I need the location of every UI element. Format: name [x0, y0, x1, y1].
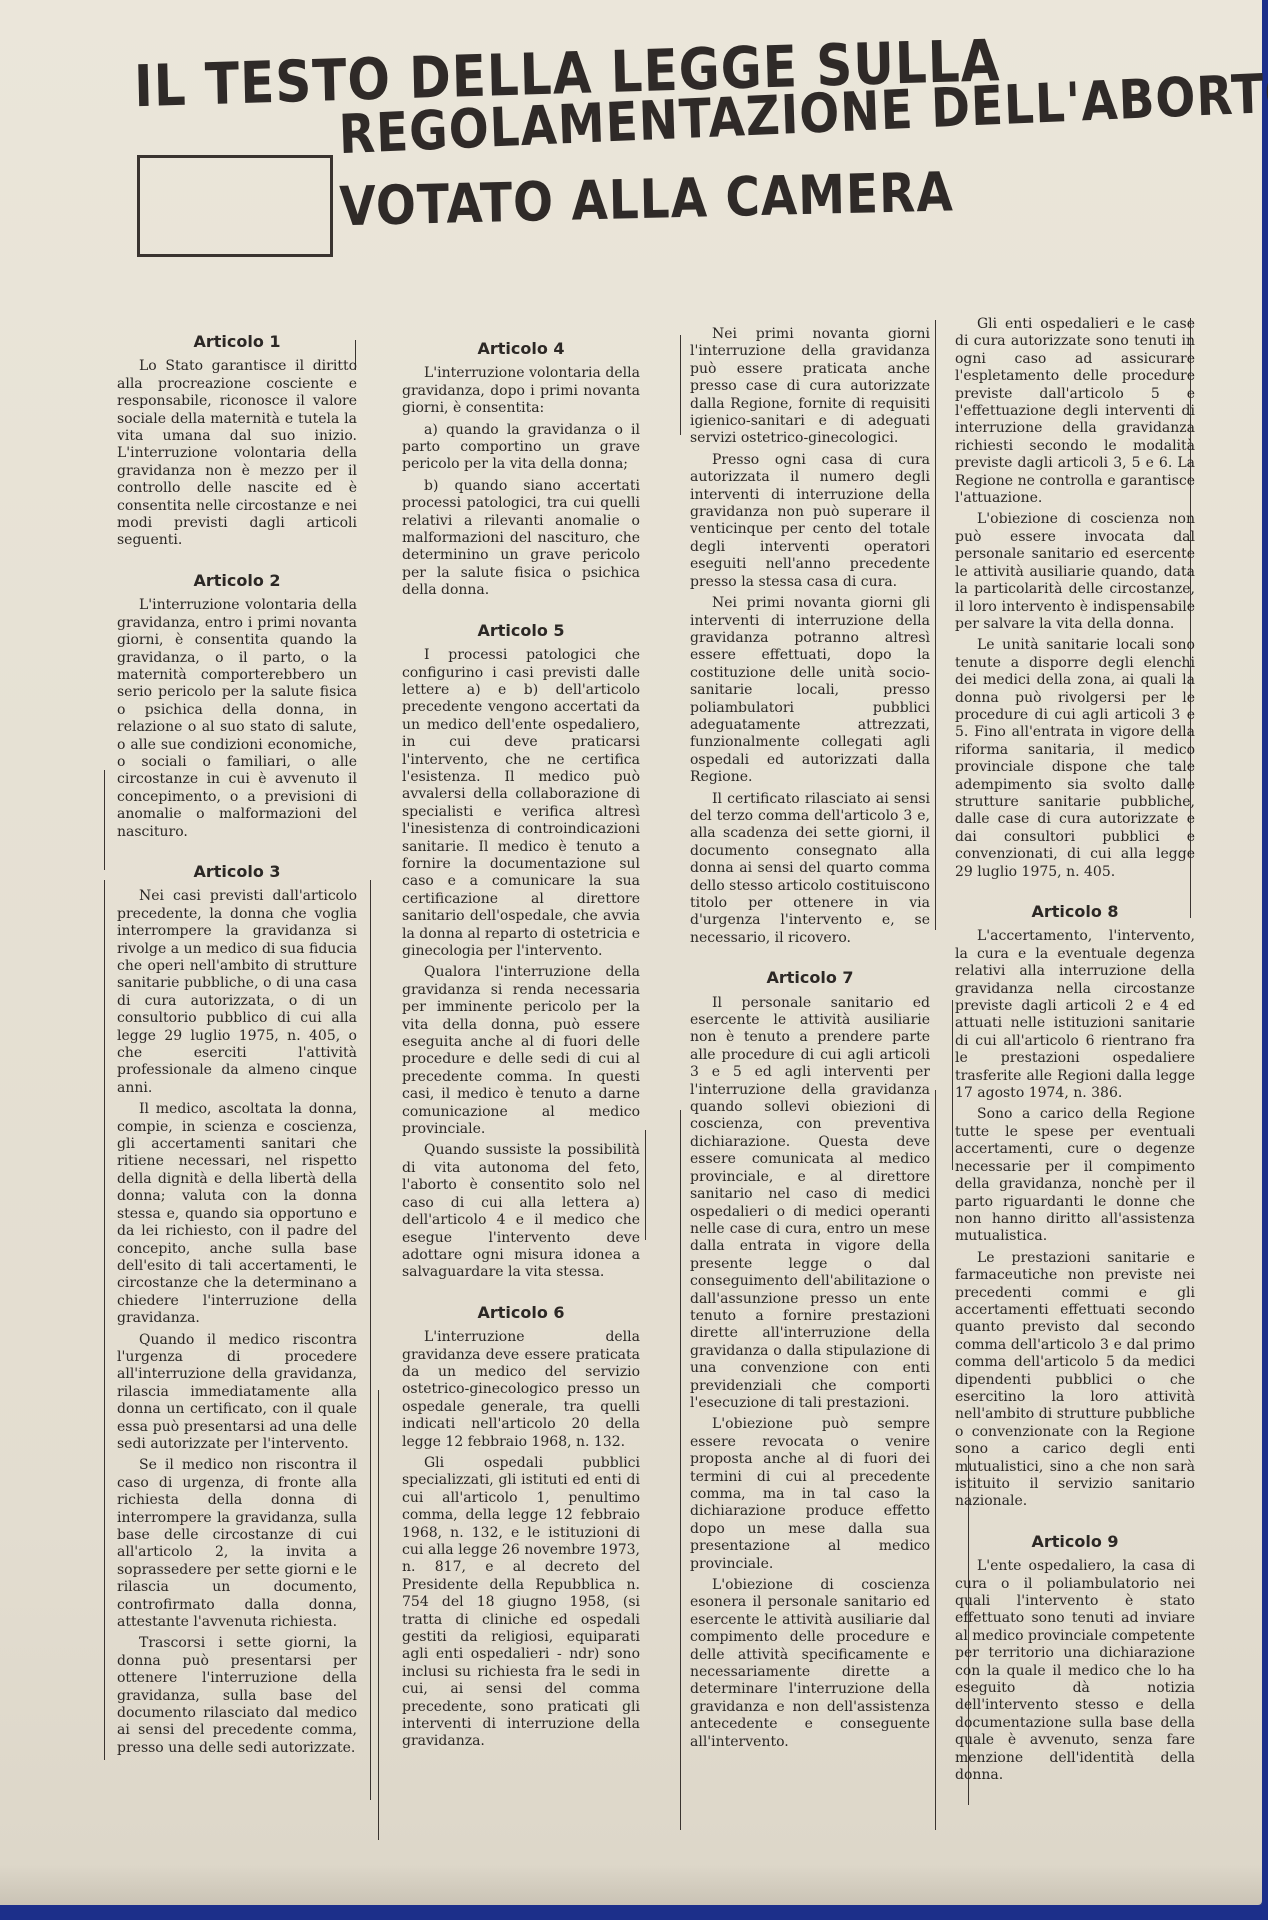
article-paragraph: I processi patologici che configurino i … — [402, 647, 640, 960]
article-paragraph: Nei casi previsti dall'articolo preceden… — [117, 888, 357, 1097]
column-4: Gli enti ospedalieri e le case di cura a… — [955, 316, 1195, 1807]
article-paragraph: L'interruzione volontaria della gravidan… — [117, 597, 357, 841]
article-paragraph: Quando il medico riscontra l'urgenza di … — [117, 1332, 357, 1454]
article-6-continued: Nei primi novanta giorni l'interruzione … — [690, 326, 930, 947]
column-rule — [952, 1000, 953, 1170]
article-2: Articolo 2 L'interruzione volontaria del… — [117, 572, 357, 841]
column-rule — [935, 1090, 936, 1830]
article-paragraph: Gli enti ospedalieri e le case di cura a… — [955, 316, 1195, 507]
article-paragraph: Il personale sanitario ed esercente le a… — [690, 995, 930, 1413]
article-7: Articolo 7 Il personale sanitario ed ese… — [690, 969, 930, 1751]
article-8: Articolo 8 L'accertamento, l'intervento,… — [955, 903, 1195, 1511]
article-paragraph: Lo Stato garantisce il diritto alla proc… — [117, 358, 357, 549]
column-rule — [104, 880, 105, 1760]
article-1: Articolo 1 Lo Stato garantisce il diritt… — [117, 333, 357, 550]
column-rule — [370, 880, 371, 1800]
article-paragraph: L'accertamento, l'intervento, la cura e … — [955, 928, 1195, 1102]
article-clause-a: a) quando la gravidanza o il parto compo… — [402, 422, 640, 474]
article-paragraph: Se il medico non riscontra il caso di ur… — [117, 1457, 357, 1631]
article-heading: Articolo 3 — [117, 863, 357, 880]
article-paragraph: L'obiezione può sempre essere revocata o… — [690, 1416, 930, 1573]
column-rule — [378, 1390, 379, 1840]
article-heading: Articolo 8 — [955, 903, 1195, 920]
article-7-continued: Gli enti ospedalieri e le case di cura a… — [955, 316, 1195, 881]
article-3: Articolo 3 Nei casi previsti dall'artico… — [117, 863, 357, 1757]
article-heading: Articolo 4 — [402, 340, 640, 357]
article-6: Articolo 6 L'interruzione della gravidan… — [402, 1304, 640, 1751]
article-9: Articolo 9 L'ente ospedaliero, la casa d… — [955, 1533, 1195, 1785]
article-paragraph: L'obiezione di coscienza non può essere … — [955, 511, 1195, 633]
column-3: Nei primi novanta giorni l'interruzione … — [690, 326, 930, 1773]
newspaper-page: IL TESTO DELLA LEGGE SULLA REGOLAMENTAZI… — [0, 0, 1262, 1905]
article-paragraph: Il medico, ascoltata la donna, compie, i… — [117, 1101, 357, 1327]
article-paragraph: L'ente ospedaliero, la casa di cura o il… — [955, 1558, 1195, 1784]
column-rule — [935, 320, 936, 930]
article-paragraph: Trascorsi i sette giorni, la donna può p… — [117, 1635, 357, 1757]
column-rule — [680, 335, 681, 435]
headline-line-3: VOTATO ALLA CAMERA — [339, 161, 954, 239]
article-paragraph: Qualora l'interruzione della gravidanza … — [402, 964, 640, 1138]
article-paragraph: L'interruzione della gravidanza deve ess… — [402, 1329, 640, 1451]
article-paragraph: Presso ogni casa di cura autorizzata il … — [690, 452, 930, 591]
article-heading: Articolo 6 — [402, 1304, 640, 1321]
article-paragraph: L'interruzione volontaria della gravidan… — [402, 365, 640, 417]
article-clause-b: b) quando siano accertati processi patol… — [402, 478, 640, 600]
column-rule — [104, 770, 105, 870]
article-heading: Articolo 7 — [690, 969, 930, 986]
article-paragraph: Le unità sanitarie locali sono tenute a … — [955, 637, 1195, 881]
empty-title-box — [137, 155, 333, 257]
column-rule — [680, 1110, 681, 1830]
article-heading: Articolo 9 — [955, 1533, 1195, 1550]
article-paragraph: Gli ospedali pubblici specializzati, gli… — [402, 1455, 640, 1751]
article-5: Articolo 5 I processi patologici che con… — [402, 622, 640, 1282]
article-paragraph: Nei primi novanta giorni gli interventi … — [690, 595, 930, 786]
column-rule — [645, 1130, 646, 1240]
article-paragraph: L'obiezione di coscienza esonera il pers… — [690, 1577, 930, 1751]
article-heading: Articolo 1 — [117, 333, 357, 350]
article-4: Articolo 4 L'interruzione volontaria del… — [402, 340, 640, 600]
column-2: Articolo 4 L'interruzione volontaria del… — [402, 340, 640, 1773]
article-heading: Articolo 2 — [117, 572, 357, 589]
article-heading: Articolo 5 — [402, 622, 640, 639]
article-paragraph: Le prestazioni sanitarie e farmaceutiche… — [955, 1250, 1195, 1511]
article-paragraph: Quando sussiste la possibilità di vita a… — [402, 1142, 640, 1281]
article-paragraph: Nei primi novanta giorni l'interruzione … — [690, 326, 930, 448]
column-1: Articolo 1 Lo Stato garantisce il diritt… — [117, 333, 357, 1779]
article-paragraph: Sono a carico della Regione tutte le spe… — [955, 1106, 1195, 1245]
article-paragraph: Il certificato rilasciato ai sensi del t… — [690, 791, 930, 948]
